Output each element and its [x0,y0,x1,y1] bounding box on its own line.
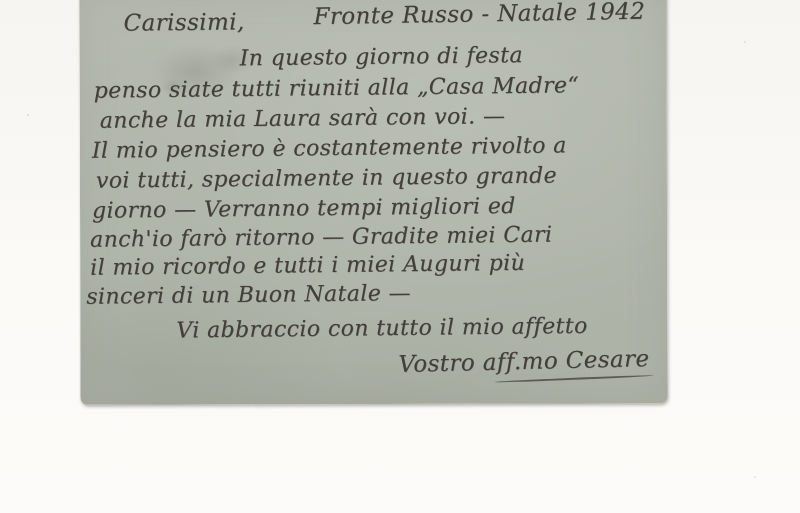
salutation: Carissimi, [123,9,244,36]
postcard: Carissimi, Fronte Russo - Natale 1942 In… [79,0,667,405]
body-line-1: In questo giorno di festa [239,43,523,71]
body-line-3: anche la mia Laura sarà con voi. — [100,104,506,134]
body-line-6: giorno — Verranno tempi migliori ed [92,194,516,224]
body-line-8: il mio ricordo e tutti i miei Auguri più [90,251,525,281]
body-line-7: anch'io farò ritorno — Gradite miei Cari [90,222,553,252]
body-line-4: Il mio pensiero è costantemente rivolto … [92,133,567,163]
body-line-9: sinceri di un Buon Natale — [86,281,411,310]
dateline: Fronte Russo - Natale 1942 [313,0,645,30]
body-line-5: voi tutti, specialmente in questo grande [96,163,557,193]
closing-line: Vi abbraccio con tutto il mio affetto [176,314,588,344]
signature: Vostro aff.mo Cesare [398,346,650,378]
body-line-2: penso siate tutti riuniti alla „Casa Mad… [94,73,580,104]
scan-background: Carissimi, Fronte Russo - Natale 1942 In… [0,0,800,513]
